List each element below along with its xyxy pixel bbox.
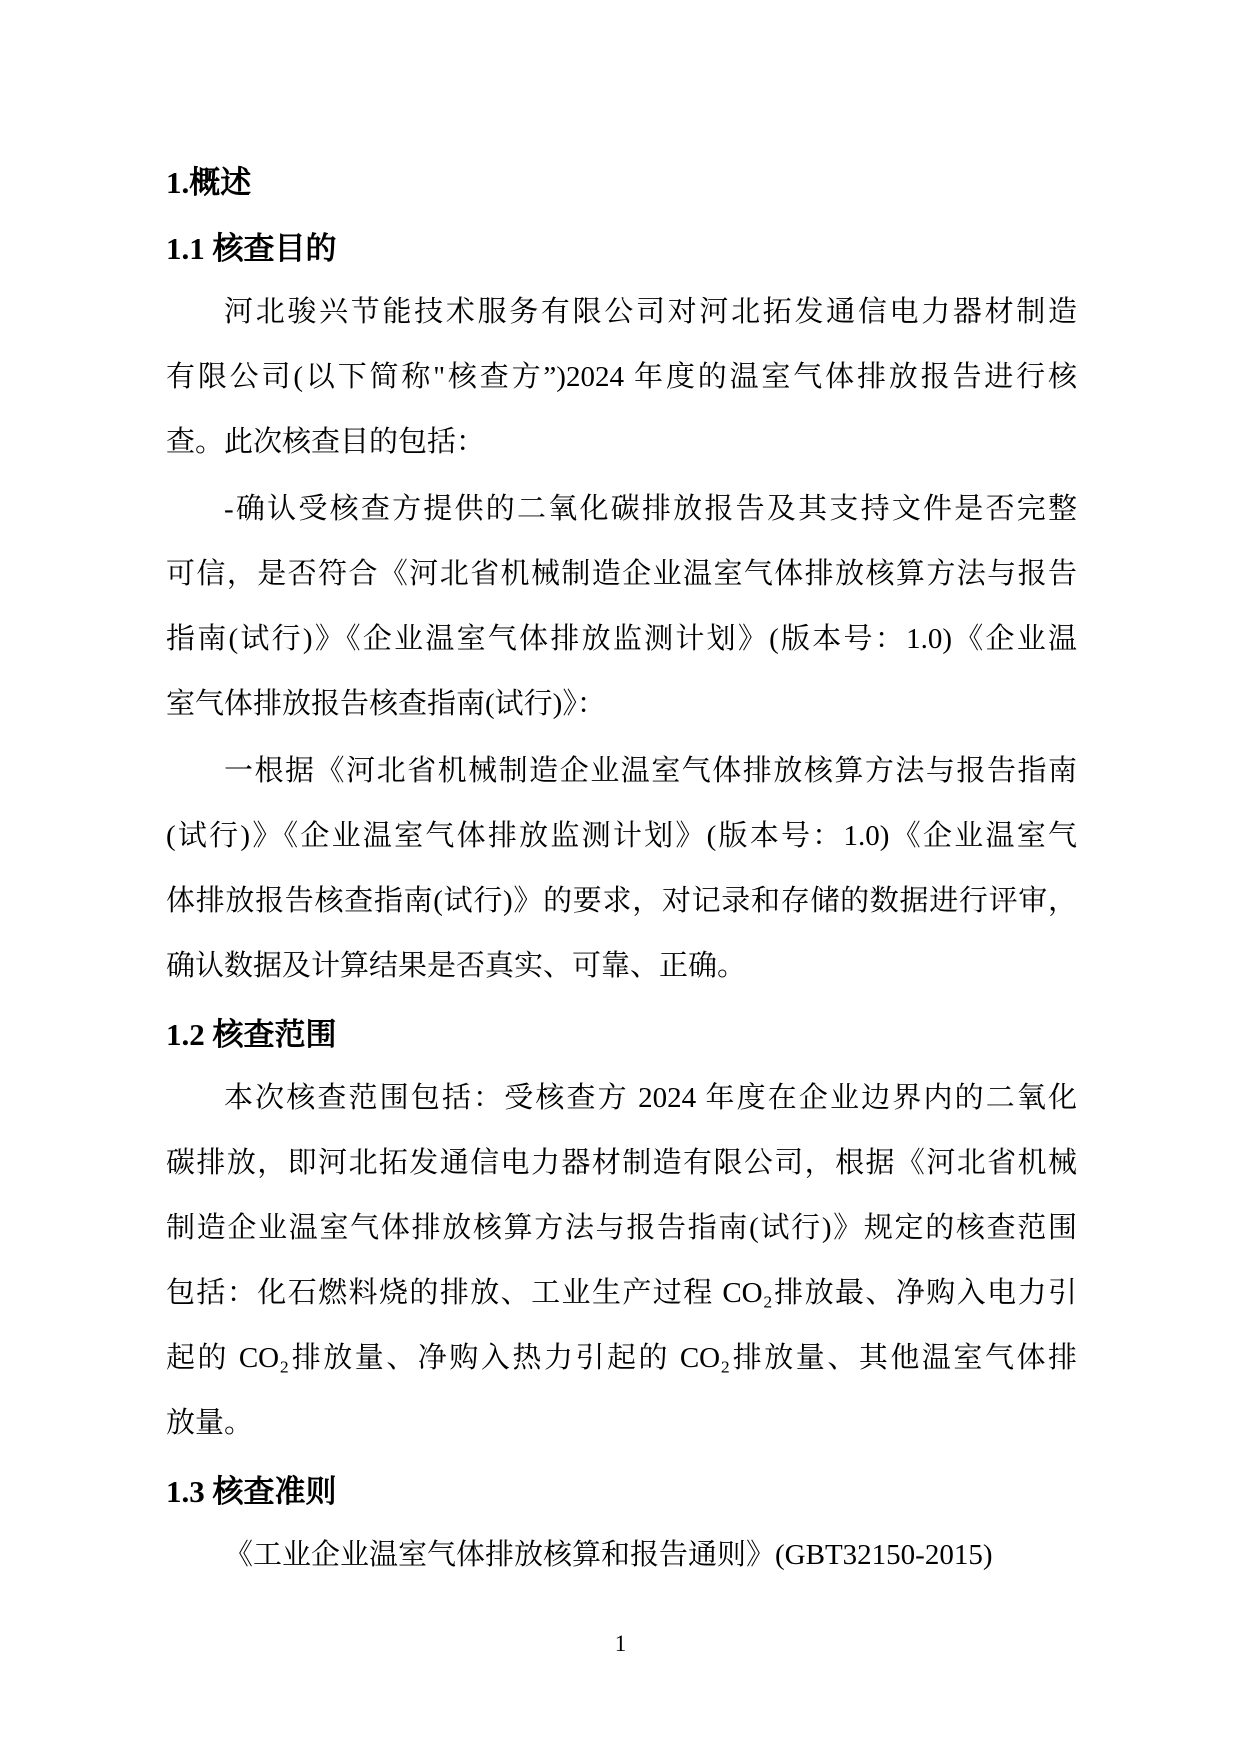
- paragraph: 《工业企业温室气体排放核算和报告通则》(GBT32150-2015): [166, 1523, 1077, 1588]
- text-line: 指南(试行)》《企业温室气体排放监测计划》(版本号：1.0)《企业温: [166, 607, 1077, 672]
- paragraph: 本次核查范围包括：受核查方 2024 年度在企业边界内的二氧化碳排放，即河北拓发…: [166, 1066, 1077, 1456]
- text-line: 一根据《河北省机械制造企业温室气体排放核算方法与报告指南: [166, 739, 1077, 804]
- text-line: 起的 CO₂排放量、净购入热力引起的 CO₂排放量、其他温室气体排: [166, 1326, 1077, 1391]
- text-line: 制造企业温室气体排放核算方法与报告指南(试行)》规定的核查范围: [166, 1196, 1077, 1261]
- text-line: 包括：化石燃料烧的排放、工业生产过程 CO₂排放最、净购入电力引: [166, 1261, 1077, 1326]
- section-heading: 1.2 核查范围: [166, 1015, 1077, 1055]
- text-line: 查。此次核查目的包括：: [166, 410, 1077, 475]
- text-line: 确认数据及计算结果是否真实、可靠、正确。: [166, 934, 1077, 999]
- text-line: 有限公司(以下简称"核查方”)2024 年度的温室气体排放报告进行核: [166, 345, 1077, 410]
- paragraph: 一根据《河北省机械制造企业温室气体排放核算方法与报告指南(试行)》《企业温室气体…: [166, 739, 1077, 999]
- text-line: (试行)》《企业温室气体排放监测计划》(版本号：1.0)《企业温室气: [166, 804, 1077, 869]
- text-line: 可信，是否符合《河北省机械制造企业温室气体排放核算方法与报告: [166, 542, 1077, 607]
- page-number: 1: [0, 1630, 1241, 1658]
- document-page: 1.概述1.1 核查目的河北骏兴节能技术服务有限公司对河北拓发通信电力器材制造有…: [0, 0, 1241, 1754]
- text-line: 放量。: [166, 1391, 1077, 1456]
- paragraph: -确认受核查方提供的二氧化碳排放报告及其支持文件是否完整可信，是否符合《河北省机…: [166, 477, 1077, 737]
- text-line: 碳排放，即河北拓发通信电力器材制造有限公司，根据《河北省机械: [166, 1131, 1077, 1196]
- section-heading: 1.1 核查目的: [166, 229, 1077, 269]
- paragraph: 河北骏兴节能技术服务有限公司对河北拓发通信电力器材制造有限公司(以下简称"核查方…: [166, 280, 1077, 475]
- text-line: 室气体排放报告核查指南(试行)》：: [166, 672, 1077, 737]
- section-heading: 1.3 核查准则: [166, 1472, 1077, 1512]
- text-line: -确认受核查方提供的二氧化碳排放报告及其支持文件是否完整: [166, 477, 1077, 542]
- section-heading: 1.概述: [166, 163, 1077, 203]
- text-line: 本次核查范围包括：受核查方 2024 年度在企业边界内的二氧化: [166, 1066, 1077, 1131]
- document-content: 1.概述1.1 核查目的河北骏兴节能技术服务有限公司对河北拓发通信电力器材制造有…: [166, 163, 1077, 1588]
- text-line: 体排放报告核查指南(试行)》的要求，对记录和存储的数据进行评审，: [166, 869, 1077, 934]
- text-line: 河北骏兴节能技术服务有限公司对河北拓发通信电力器材制造: [166, 280, 1077, 345]
- text-line: 《工业企业温室气体排放核算和报告通则》(GBT32150-2015): [166, 1523, 1077, 1588]
